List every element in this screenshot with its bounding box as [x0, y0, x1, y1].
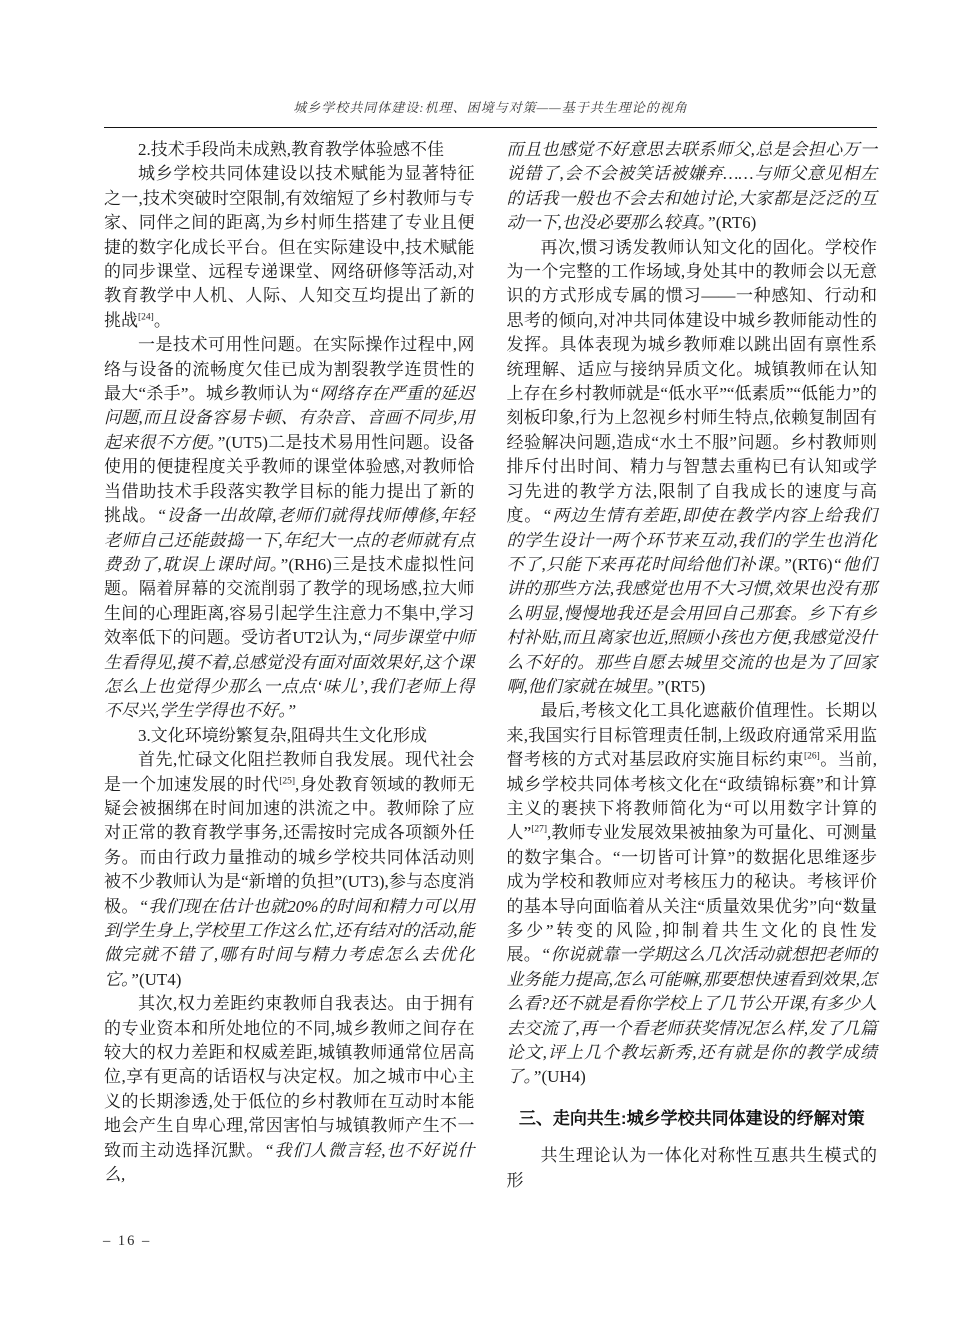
paragraph: 再次,惯习诱发教师认知文化的固化。学校作为一个完整的工作场域,身处其中的教师会以… [507, 236, 878, 700]
citation-ref: [26] [804, 752, 820, 762]
text-segment: 。 [154, 311, 171, 330]
text-segment: 共生理论认为一体化对称性互惠共生模式的形 [507, 1146, 878, 1189]
text-segment: 2.技术手段尚未成熟,教育教学体验感不佳 [138, 140, 444, 159]
paragraph: 而且也感觉不好意思去联系师父,总是会担心万一说错了,会不会被笑话被嫌弃……与师父… [507, 138, 878, 236]
paragraph: 最后,考核文化工具化遮蔽价值理性。长期以来,我国实行目标管理责任制,上级政府通常… [507, 699, 878, 1090]
running-title: 城乡学校共同体建设:机理、困境与对策——基于共生理论的视角 [104, 97, 877, 116]
text-segment: (RT6) [716, 213, 757, 232]
citation-ref: [24] [138, 312, 154, 322]
subsection-title: 2.技术手段尚未成熟,教育教学体验感不佳 [104, 138, 475, 162]
text-segment: (UT4) [139, 970, 181, 989]
text-segment: 城乡学校共同体建设以技术赋能为显著特征之一,技术突破时空限制,有效缩短了乡村教师… [104, 164, 475, 329]
citation-ref: [25] [279, 776, 295, 786]
text-segment: 三、走向共生:城乡学校共同体建设的纾解对策 [519, 1109, 865, 1128]
left-column: 2.技术手段尚未成熟,教育教学体验感不佳 城乡学校共同体建设以技术赋能为显著特征… [104, 138, 475, 1193]
text-segment: “你说就靠一学期这么几次活动就想把老师的业务能力提高,怎么可能嘛,那要想快速看到… [507, 945, 878, 1086]
right-column: 而且也感觉不好意思去联系师父,总是会担心万一说错了,会不会被笑话被嫌弃……与师父… [507, 138, 878, 1193]
paragraph: 首先,忙碌文化阻拦教师自我发展。现代社会是一个加速发展的时代[25],身处教育领… [104, 748, 475, 992]
paragraph: 一是技术可用性问题。在实际操作过程中,网络与设备的流畅度欠佳已成为割裂教学连贯性… [104, 333, 475, 724]
text-segment: (RT6) [792, 555, 833, 574]
header-rule [104, 127, 877, 128]
text-segment: ,教师专业发展效果被抽象为可量化、可测量的数字集合。“一切皆可计算”的数据化思维… [507, 823, 878, 964]
page-body: 2.技术手段尚未成熟,教育教学体验感不佳 城乡学校共同体建设以技术赋能为显著特征… [104, 138, 877, 1193]
section-heading: 三、走向共生:城乡学校共同体建设的纾解对策 [507, 1107, 878, 1131]
text-segment: 再次,惯习诱发教师认知文化的固化。学校作为一个完整的工作场域,身处其中的教师会以… [507, 238, 878, 525]
text-segment: (UH4) [541, 1067, 585, 1086]
citation-ref: [27] [531, 825, 547, 835]
paper-page: 城乡学校共同体建设:机理、困境与对策——基于共生理论的视角 2.技术手段尚未成熟… [0, 0, 968, 1320]
page-number: – 16 – [103, 1233, 151, 1250]
paragraph: 共生理论认为一体化对称性互惠共生模式的形 [507, 1144, 878, 1193]
text-segment: “他们讲的那些方法,我感觉也用不大习惯,效果也没有那么明显,慢慢地我还是会用回自… [507, 555, 878, 696]
paragraph: 其次,权力差距约束教师自我表达。由于拥有的专业资本和所处地位的不同,城乡教师之间… [104, 992, 475, 1187]
paragraph: 城乡学校共同体建设以技术赋能为显著特征之一,技术突破时空限制,有效缩短了乡村教师… [104, 162, 475, 333]
text-segment: ,身处教育领域的教师无疑会被捆绑在时间加速的洪流之中。教师除了应对正常的教育教学… [104, 775, 475, 916]
text-segment: (RT5) [665, 677, 706, 696]
text-segment: 其次,权力差距约束教师自我表达。由于拥有的专业资本和所处地位的不同,城乡教师之间… [104, 994, 475, 1159]
subsection-title: 3.文化环境纷繁复杂,阻碍共生文化形成 [104, 724, 475, 748]
text-segment: 而且也感觉不好意思去联系师父,总是会担心万一说错了,会不会被笑话被嫌弃……与师父… [507, 140, 878, 232]
text-segment: 3.文化环境纷繁复杂,阻碍共生文化形成 [138, 726, 427, 745]
